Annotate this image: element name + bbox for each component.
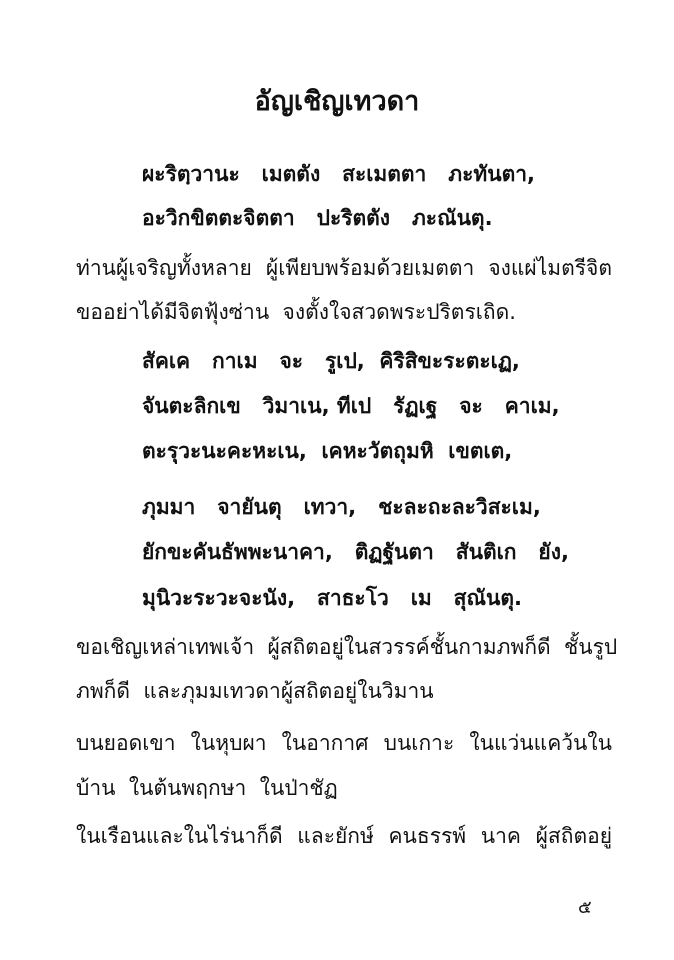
verse-line: สัคเค กาเม จะ รูเป, คิริสิขะระตะเฏ, bbox=[142, 339, 520, 383]
translation-line: ขอเชิญเหล่าเทพเจ้า ผู้สถิตอยู่ในสวรรค์ชั… bbox=[76, 625, 612, 669]
translation-line: ขออย่าได้มีจิตฟุ้งซ่าน จงตั้งใจสวดพระปริ… bbox=[76, 290, 612, 334]
translation-line: ท่านผู้เจริญทั้งหลาย ผู้เพียบพร้อมด้วยเม… bbox=[76, 246, 612, 290]
verse-line: จันตะลิกเข วิมาเน, ทีเป รัฏเฐ จะ คาเม, bbox=[142, 384, 560, 428]
verse-line: มุนิวะระวะจะนัง, สาธะโว เม สุณันตุ. bbox=[142, 576, 522, 620]
verse-line: ภุมมา จายันตุ เทวา, ชะละถะละวิสะเม, bbox=[142, 485, 541, 529]
verse-line: ยักขะคันธัพพะนาคา, ติฏฐันตา สันติเก ยัง, bbox=[142, 530, 569, 574]
translation-line: ภพก็ดี และภุมมเทวดาผู้สถิตอยู่ในวิมาน bbox=[76, 669, 612, 713]
verse-line: ตะรุวะนะคะหะเน, เคหะวัตถุมหิ เขตเต, bbox=[142, 429, 512, 473]
page-number: ๕ bbox=[578, 893, 592, 923]
translation-line: ในเรือนและในไร่นาก็ดี และยักษ์ คนธรรพ์ น… bbox=[76, 814, 612, 858]
verse-line: อะวิกขิตตะจิตตา ปะริตตัง ภะณันตุ. bbox=[142, 196, 493, 240]
verse-line: ผะริตฺวานะ เมตตัง สะเมตตา ภะทันตา, bbox=[142, 152, 535, 196]
translation-line: บ้าน ในต้นพฤกษา ในป่าชัฏ bbox=[76, 766, 612, 810]
translation-line: บนยอดเขา ในหุบผา ในอากาศ บนเกาะ ในแว่นแค… bbox=[76, 721, 612, 765]
page-title: อัญเชิญเทวดา bbox=[0, 80, 674, 124]
